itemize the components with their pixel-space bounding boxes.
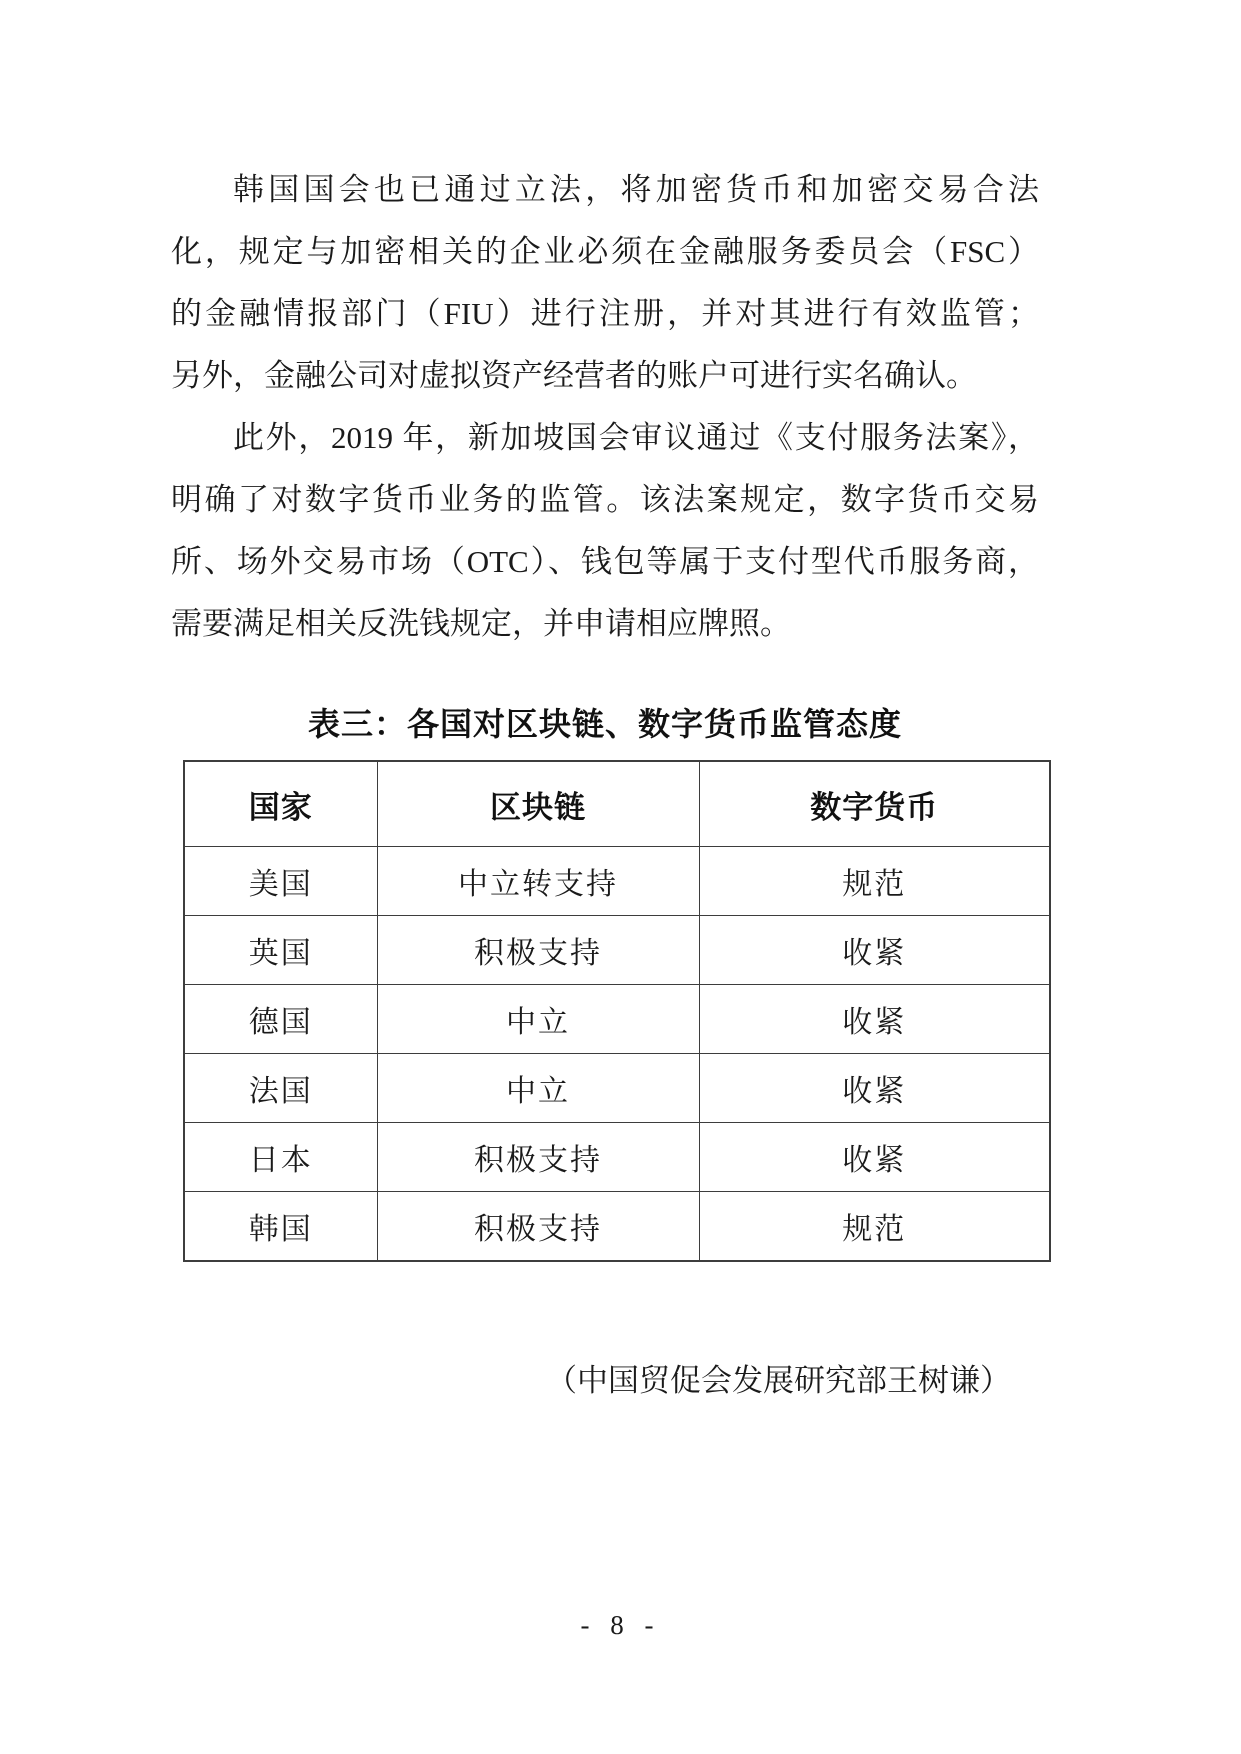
paragraph-2-line-1: 此外，2019 年，新加坡国会审议通过《支付服务法案》， <box>171 407 1039 469</box>
cell-country: 法国 <box>184 1054 377 1123</box>
cell-blockchain-stance: 积极支持 <box>377 916 699 985</box>
cell-blockchain-stance: 中立 <box>377 1054 699 1123</box>
page-number: - 8 - <box>0 1610 1241 1641</box>
paragraph-2-line-4: 需要满足相关反洗钱规定，并申请相应牌照。 <box>171 593 1039 655</box>
cell-digital-currency-stance: 规范 <box>699 1192 1050 1262</box>
table-row: 日本 积极支持 收紧 <box>184 1123 1050 1192</box>
cell-blockchain-stance: 积极支持 <box>377 1192 699 1262</box>
cell-country: 日本 <box>184 1123 377 1192</box>
regulation-table: 国家 区块链 数字货币 美国 中立转支持 规范 英国 积极支持 收紧 德国 中立… <box>183 760 1051 1262</box>
table-row: 英国 积极支持 收紧 <box>184 916 1050 985</box>
cell-country: 韩国 <box>184 1192 377 1262</box>
paragraph-1-line-2: 化，规定与加密相关的企业必须在金融服务委员会（FSC） <box>171 221 1039 283</box>
cell-country: 德国 <box>184 985 377 1054</box>
cell-digital-currency-stance: 收紧 <box>699 985 1050 1054</box>
cell-blockchain-stance: 积极支持 <box>377 1123 699 1192</box>
cell-blockchain-stance: 中立 <box>377 985 699 1054</box>
table-header-row: 国家 区块链 数字货币 <box>184 761 1050 847</box>
paragraph-1-line-3: 的金融情报部门（FIU）进行注册，并对其进行有效监管； <box>171 283 1039 345</box>
header-digital-currency: 数字货币 <box>699 761 1050 847</box>
header-country: 国家 <box>184 761 377 847</box>
table-title: 表三：各国对区块链、数字货币监管态度 <box>171 700 1039 748</box>
paragraph-2-line-2: 明确了对数字货币业务的监管。该法案规定，数字货币交易 <box>171 469 1039 531</box>
cell-digital-currency-stance: 规范 <box>699 847 1050 916</box>
paragraph-2-line-3: 所、场外交易市场（OTC）、钱包等属于支付型代币服务商， <box>171 531 1039 593</box>
paragraph-1-line-4: 另外，金融公司对虚拟资产经营者的账户可进行实名确认。 <box>171 345 1039 407</box>
table-row: 韩国 积极支持 规范 <box>184 1192 1050 1262</box>
cell-country: 英国 <box>184 916 377 985</box>
header-blockchain: 区块链 <box>377 761 699 847</box>
attribution-line: （中国贸促会发展研究部王树谦） <box>171 1356 1039 1406</box>
cell-digital-currency-stance: 收紧 <box>699 916 1050 985</box>
cell-blockchain-stance: 中立转支持 <box>377 847 699 916</box>
cell-digital-currency-stance: 收紧 <box>699 1054 1050 1123</box>
paragraph-1-line-1: 韩国国会也已通过立法，将加密货币和加密交易合法 <box>171 159 1039 221</box>
body-text: 韩国国会也已通过立法，将加密货币和加密交易合法 化，规定与加密相关的企业必须在金… <box>171 159 1039 655</box>
table-row: 法国 中立 收紧 <box>184 1054 1050 1123</box>
page-container: 韩国国会也已通过立法，将加密货币和加密交易合法 化，规定与加密相关的企业必须在金… <box>0 0 1241 1754</box>
table-row: 德国 中立 收紧 <box>184 985 1050 1054</box>
cell-country: 美国 <box>184 847 377 916</box>
table-row: 美国 中立转支持 规范 <box>184 847 1050 916</box>
cell-digital-currency-stance: 收紧 <box>699 1123 1050 1192</box>
